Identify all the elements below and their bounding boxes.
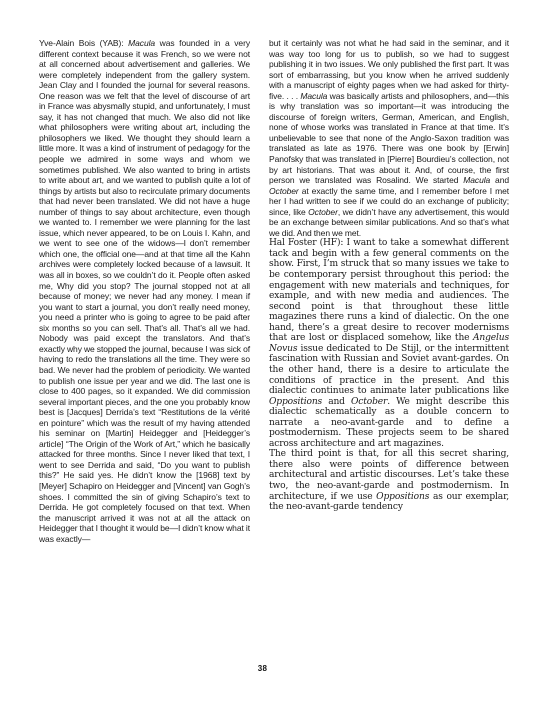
- hf-paragraph-1: Hal Foster (HF): I want to take a somewh…: [269, 238, 509, 449]
- document-page: Yve-Alain Bois (YAB): Macula was founded…: [0, 0, 539, 709]
- page-number: 38: [0, 664, 525, 673]
- yab-paragraph-left: Yve-Alain Bois (YAB): Macula was founded…: [39, 38, 250, 544]
- yab-paragraph-right: but it certainly was not what he had sai…: [269, 38, 509, 238]
- hf-paragraph-2: The third point is that, for all this se…: [269, 449, 509, 512]
- right-column: but it certainly was not what he had sai…: [269, 38, 509, 513]
- left-column: Yve-Alain Bois (YAB): Macula was founded…: [39, 38, 250, 544]
